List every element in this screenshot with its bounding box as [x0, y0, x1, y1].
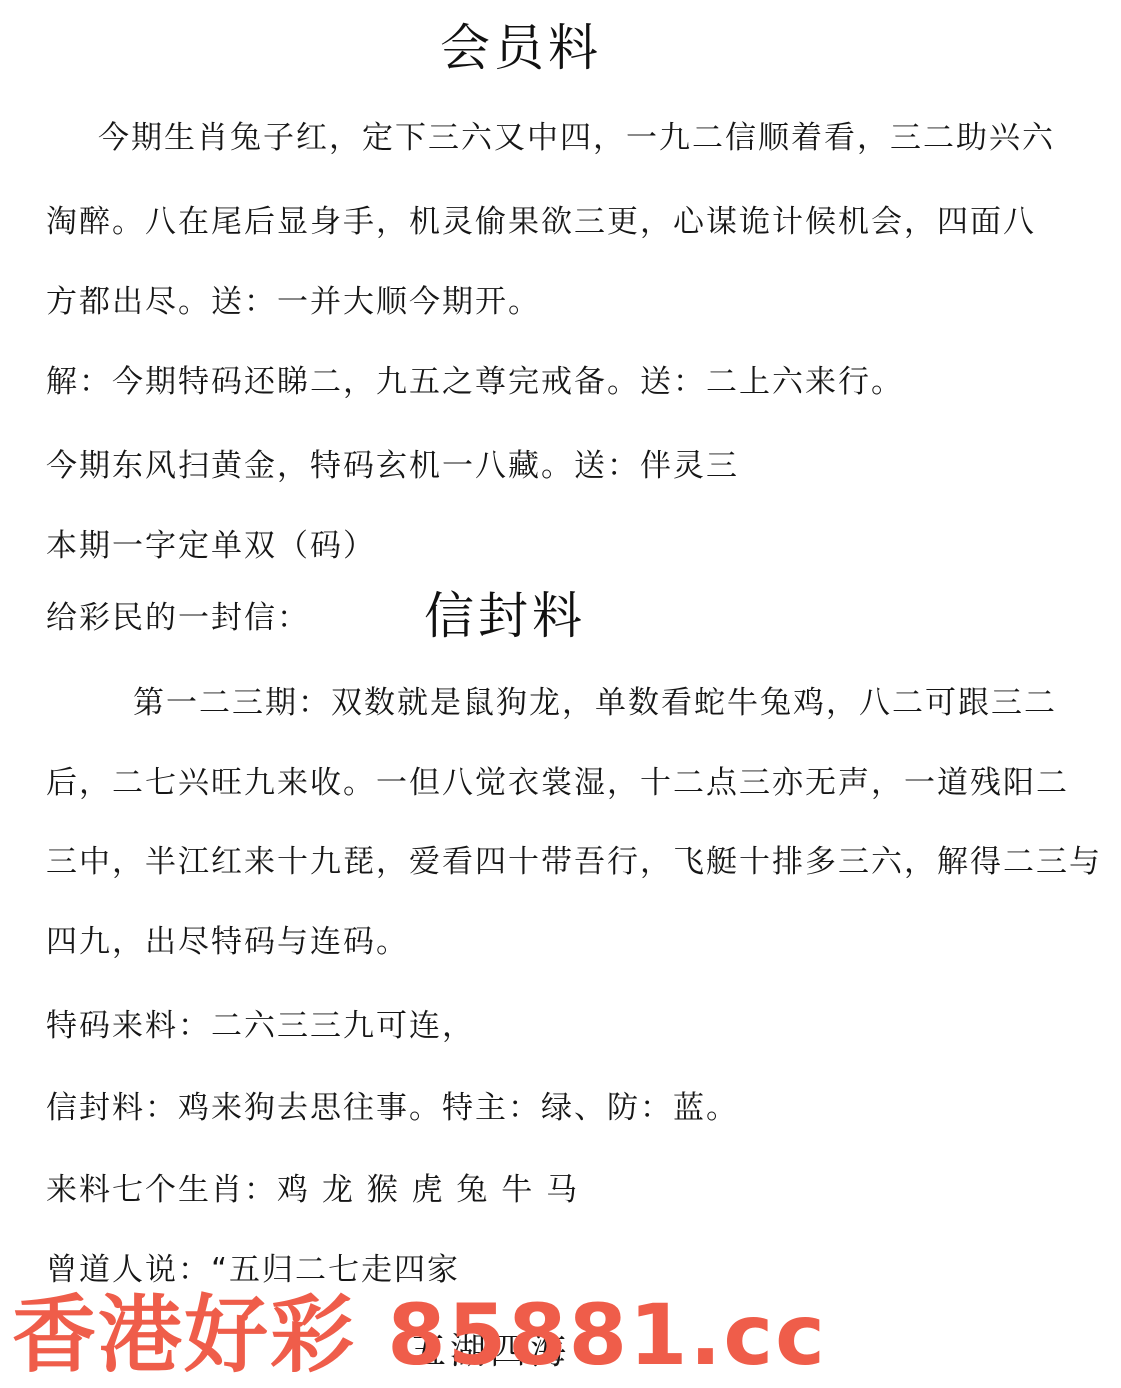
paragraph-line: 淘醉。八在尾后显身手，机灵偷果欲三更，心谋诡计候机会，四面八	[46, 202, 1036, 242]
paragraph-line: 三中，半江红来十九琵，爱看四十带吾行，飞艇十排多三六，解得二三与	[46, 842, 1102, 882]
paragraph-line: 来料七个生肖：鸡 龙 猴 虎 兔 牛 马	[46, 1170, 579, 1210]
paragraph-line: 曾道人说：“五归二七走四家	[46, 1250, 460, 1290]
section-title-envelope: 信封料	[424, 586, 586, 646]
paragraph-line: 方都出尽。送：一并大顺今期开。	[46, 282, 541, 322]
paragraph-line: 特码来料：二六三三九可连，	[46, 1006, 475, 1046]
paragraph-line: 解：今期特码还睇二，九五之尊完戒备。送：二上六来行。	[46, 362, 904, 402]
section-title-member: 会员料	[440, 18, 602, 78]
paragraph-line: 今期东风扫黄金，特码玄机一八藏。送：伴灵三	[46, 446, 739, 486]
paragraph-line: 第一二三期：双数就是鼠狗龙，单数看蛇牛兔鸡，八二可跟三二	[133, 683, 1057, 723]
letter-label: 给彩民的一封信：	[46, 598, 310, 638]
paragraph-line: 信封料：鸡来狗去思往事。特主：绿、防：蓝。	[46, 1088, 739, 1128]
paragraph-line: 后，二七兴旺九来收。一但八觉衣裳湿，十二点三亦无声，一道残阳二	[46, 763, 1069, 803]
paragraph-line: 本期一字定单双（码）	[46, 526, 376, 566]
paragraph-line: 今期生肖兔子红，定下三六又中四，一九二信顺着看，三二助兴六	[98, 118, 1055, 158]
paragraph-line: 四九，出尽特码与连码。	[46, 922, 409, 962]
watermark: 香港好彩 85881.cc	[12, 1285, 827, 1385]
